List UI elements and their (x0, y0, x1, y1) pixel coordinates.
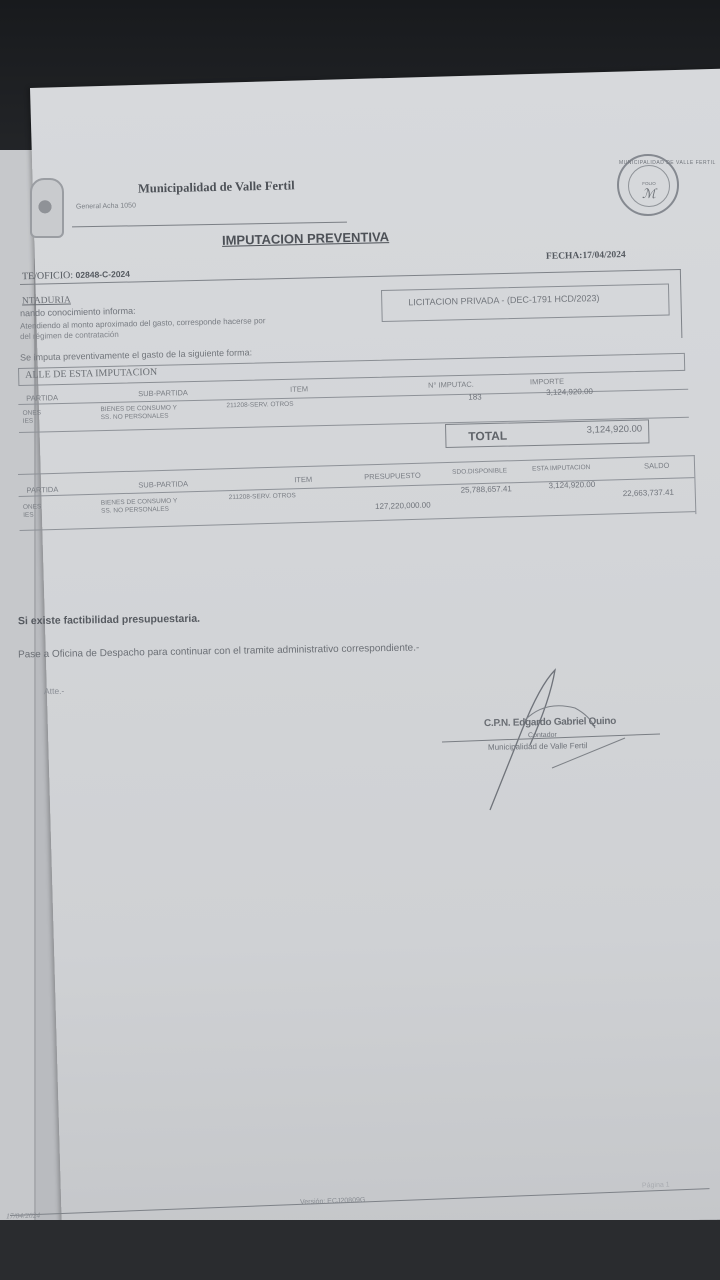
institution-name: Municipalidad de Valle Fertil (138, 178, 295, 196)
date-value: 17/04/2024 (582, 250, 625, 261)
total-value: 3,124,920.00 (587, 424, 643, 436)
expediente-reference: TE/OFICIO: 02848-C-2024 (22, 269, 130, 282)
cell-partida: ONESIES (22, 409, 41, 425)
expediente-label: TE/OFICIO: (22, 270, 73, 282)
seal-inner-circle: FOLIO ℳ (628, 165, 670, 207)
official-seal-stamp: MUNICIPALIDAD DE VALLE FERTIL FOLIO ℳ (617, 154, 679, 216)
col-header-subpartida: SUB-PARTIDA (138, 388, 188, 398)
cell-esta-imputacion: 3,124,920.00 (548, 480, 595, 490)
cell-importe: 3,124,920.00 (546, 387, 593, 397)
table-row: ONESIES BIENES DE CONSUMO YSS. NO PERSON… (18, 455, 694, 474)
cell-saldo: 22,663,737.41 (623, 488, 674, 498)
cell-subpartida: BIENES DE CONSUMO YSS. NO PERSONALES (101, 498, 178, 516)
document-date: FECHA:17/04/2024 (546, 250, 626, 262)
cell-item: 211208-SERV. OTROS (226, 401, 293, 411)
budget-table: PARTIDA SUB-PARTIDA ITEM PRESUPUESTO SDO… (18, 455, 695, 534)
signer-organization: Municipalidad de Valle Fertil (488, 741, 588, 752)
contract-mode-box: LICITACION PRIVADA - (DEC-1791 HCD/2023) (381, 283, 670, 322)
col-header-esta-imputacion: ESTA IMPUTACION (532, 464, 590, 473)
total-box: TOTAL 3,124,920.00 (445, 419, 649, 448)
handwritten-signature-icon (430, 660, 670, 820)
signer-name: C.P.N. Edgardo Gabriel Quino (484, 716, 616, 729)
signer-role: Contador (528, 732, 557, 740)
municipal-shield-icon (30, 178, 64, 238)
header-divider (72, 222, 347, 228)
col-header-subpartida: SUB-PARTIDA (138, 479, 188, 489)
footer-date: 17/04/2024 (6, 1211, 40, 1221)
col-header-sdo-disponible: SDO.DISPONIBLE (452, 467, 507, 476)
contract-mode-text: LICITACION PRIVADA - (DEC-1791 HCD/2023) (408, 293, 599, 307)
date-label: FECHA: (546, 251, 583, 262)
col-header-partida: PARTIDA (26, 393, 58, 403)
col-header-item: ITEM (290, 384, 308, 393)
detail-title: ALLE DE ESTA IMPUTACION (25, 367, 157, 381)
version-value: ECJ20809G (327, 1197, 365, 1205)
footer-page-number: Página 1 (642, 1182, 670, 1190)
factibilidad-statement: Si existe factibilidad presupuestaria. (18, 613, 200, 628)
cell-n-imputac: 183 (468, 392, 482, 401)
col-header-n-imputac: N° IMPUTAC. (428, 380, 474, 390)
footer-version: Versión: ECJ20809G (300, 1197, 366, 1206)
expediente-number: 02848-C-2024 (75, 269, 130, 280)
total-label: TOTAL (468, 429, 507, 444)
cell-sdo-disponible: 25,788,657.41 (460, 484, 511, 494)
document-title: IMPUTACION PREVENTIVA (222, 229, 389, 248)
col-header-item: ITEM (294, 475, 312, 484)
institution-address: General Acha 1050 (76, 202, 136, 210)
cell-partida: ONESIES (23, 503, 42, 520)
document-content: Municipalidad de Valle Fertil General Ac… (0, 0, 720, 1280)
pase-instruction: Pase a Oficina de Despacho para continua… (18, 642, 419, 660)
cell-subpartida: BIENES DE CONSUMO YSS. NO PERSONALES (100, 404, 177, 422)
col-header-saldo: SALDO (644, 461, 670, 471)
department-heading: NTADURIA (22, 295, 71, 306)
cell-presupuesto: 127,220,000.00 (375, 500, 431, 511)
seal-signature-icon: ℳ (629, 186, 669, 202)
closing-atte: Atte.- (44, 686, 64, 696)
version-label: Versión: (300, 1198, 326, 1206)
col-header-presupuesto: PRESUPUESTO (364, 471, 421, 482)
col-header-partida: PARTIDA (26, 485, 58, 495)
cell-item: 211208-SERV. OTROS (229, 492, 296, 502)
col-header-importe: IMPORTE (530, 377, 564, 387)
